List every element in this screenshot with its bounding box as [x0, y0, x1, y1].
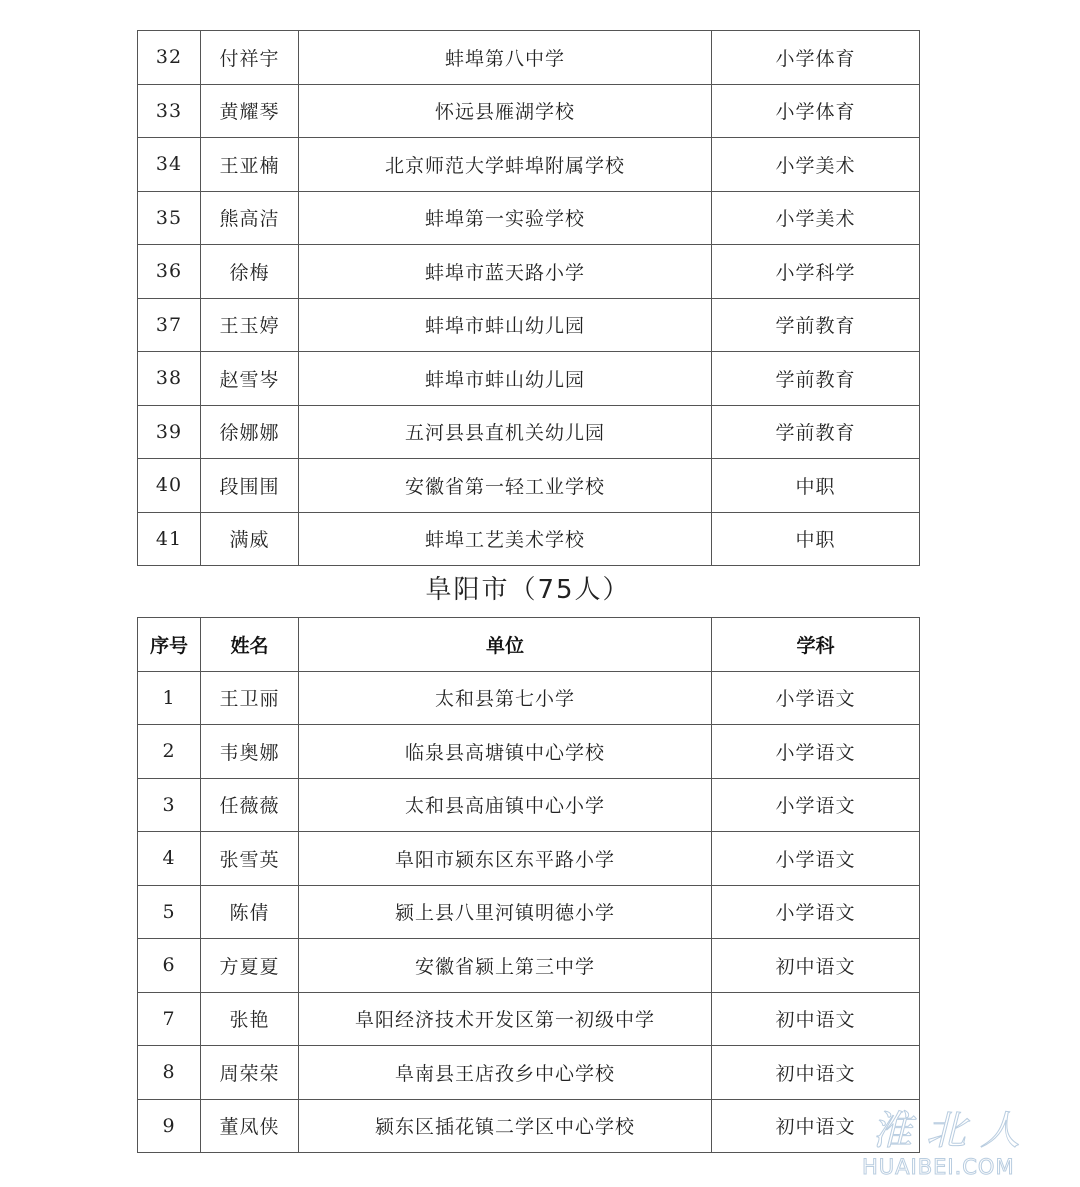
cell-name: 赵雪岑 — [201, 352, 299, 406]
cell-subject: 学前教育 — [712, 405, 920, 459]
cell-unit: 蚌埠第八中学 — [299, 31, 712, 85]
table-row: 8 周荣荣 阜南县王店孜乡中心学校 初中语文 — [138, 1046, 920, 1100]
table-row: 39 徐娜娜 五河县县直机关幼儿园 学前教育 — [138, 405, 920, 459]
cell-name: 段围围 — [201, 459, 299, 513]
cell-name: 徐梅 — [201, 245, 299, 299]
cell-subject: 小学语文 — [712, 885, 920, 939]
cell-no: 38 — [138, 352, 201, 406]
header-subject: 学科 — [712, 618, 920, 672]
cell-name: 张雪英 — [201, 832, 299, 886]
header-no: 序号 — [138, 618, 201, 672]
cell-subject: 小学语文 — [712, 832, 920, 886]
cell-no: 40 — [138, 459, 201, 513]
cell-name: 张艳 — [201, 992, 299, 1046]
cell-unit: 安徽省第一轻工业学校 — [299, 459, 712, 513]
cell-name: 方夏夏 — [201, 939, 299, 993]
cell-subject: 小学语文 — [712, 671, 920, 725]
table-row: 6 方夏夏 安徽省颍上第三中学 初中语文 — [138, 939, 920, 993]
table-row: 4 张雪英 阜阳市颍东区东平路小学 小学语文 — [138, 832, 920, 886]
cell-name: 董凤侠 — [201, 1099, 299, 1153]
cell-unit: 安徽省颍上第三中学 — [299, 939, 712, 993]
cell-subject: 初中语文 — [712, 1046, 920, 1100]
cell-no: 2 — [138, 725, 201, 779]
cell-name: 陈倩 — [201, 885, 299, 939]
table-row: 37 王玉婷 蚌埠市蚌山幼儿园 学前教育 — [138, 298, 920, 352]
cell-no: 5 — [138, 885, 201, 939]
roster-table-fuyang: 序号 姓名 单位 学科 1 王卫丽 太和县第七小学 小学语文 2 韦奥娜 临泉县… — [137, 617, 920, 1153]
table-row: 5 陈倩 颍上县八里河镇明德小学 小学语文 — [138, 885, 920, 939]
cell-no: 39 — [138, 405, 201, 459]
cell-name: 满威 — [201, 512, 299, 566]
cell-subject: 小学科学 — [712, 245, 920, 299]
header-unit: 单位 — [299, 618, 712, 672]
cell-name: 任薇薇 — [201, 778, 299, 832]
table-header-row: 序号 姓名 单位 学科 — [138, 618, 920, 672]
cell-no: 7 — [138, 992, 201, 1046]
cell-name: 黄耀琴 — [201, 84, 299, 138]
table-row: 3 任薇薇 太和县高庙镇中心小学 小学语文 — [138, 778, 920, 832]
cell-unit: 太和县高庙镇中心小学 — [299, 778, 712, 832]
cell-unit: 怀远县雁湖学校 — [299, 84, 712, 138]
cell-subject: 学前教育 — [712, 352, 920, 406]
cell-subject: 中职 — [712, 512, 920, 566]
cell-unit: 太和县第七小学 — [299, 671, 712, 725]
cell-no: 34 — [138, 138, 201, 192]
cell-name: 周荣荣 — [201, 1046, 299, 1100]
cell-unit: 临泉县高塘镇中心学校 — [299, 725, 712, 779]
cell-no: 6 — [138, 939, 201, 993]
cell-name: 王玉婷 — [201, 298, 299, 352]
table-row: 7 张艳 阜阳经济技术开发区第一初级中学 初中语文 — [138, 992, 920, 1046]
cell-no: 4 — [138, 832, 201, 886]
roster-table-continued: 32 付祥宇 蚌埠第八中学 小学体育 33 黄耀琴 怀远县雁湖学校 小学体育 3… — [137, 30, 920, 566]
table-row: 38 赵雪岑 蚌埠市蚌山幼儿园 学前教育 — [138, 352, 920, 406]
cell-no: 3 — [138, 778, 201, 832]
table-row: 40 段围围 安徽省第一轻工业学校 中职 — [138, 459, 920, 513]
table-row: 35 熊高洁 蚌埠第一实验学校 小学美术 — [138, 191, 920, 245]
cell-name: 韦奥娜 — [201, 725, 299, 779]
cell-no: 41 — [138, 512, 201, 566]
cell-unit: 北京师范大学蚌埠附属学校 — [299, 138, 712, 192]
cell-subject: 小学体育 — [712, 31, 920, 85]
cell-unit: 蚌埠市蓝天路小学 — [299, 245, 712, 299]
cell-unit: 阜阳经济技术开发区第一初级中学 — [299, 992, 712, 1046]
cell-unit: 阜南县王店孜乡中心学校 — [299, 1046, 712, 1100]
table-row: 9 董凤侠 颍东区插花镇二学区中心学校 初中语文 — [138, 1099, 920, 1153]
cell-no: 33 — [138, 84, 201, 138]
cell-subject: 小学语文 — [712, 725, 920, 779]
table-row: 33 黄耀琴 怀远县雁湖学校 小学体育 — [138, 84, 920, 138]
cell-unit: 阜阳市颍东区东平路小学 — [299, 832, 712, 886]
cell-no: 37 — [138, 298, 201, 352]
cell-subject: 小学美术 — [712, 138, 920, 192]
cell-name: 徐娜娜 — [201, 405, 299, 459]
table-row: 32 付祥宇 蚌埠第八中学 小学体育 — [138, 31, 920, 85]
cell-subject: 初中语文 — [712, 992, 920, 1046]
section-title: 阜阳市（75人） — [137, 568, 919, 612]
cell-name: 王亚楠 — [201, 138, 299, 192]
cell-subject: 初中语文 — [712, 939, 920, 993]
table-row: 1 王卫丽 太和县第七小学 小学语文 — [138, 671, 920, 725]
cell-name: 王卫丽 — [201, 671, 299, 725]
cell-unit: 五河县县直机关幼儿园 — [299, 405, 712, 459]
cell-name: 付祥宇 — [201, 31, 299, 85]
watermark-en-text: HUAIBEI.COM — [862, 1155, 1015, 1179]
table-row: 41 满威 蚌埠工艺美术学校 中职 — [138, 512, 920, 566]
cell-unit: 蚌埠市蚌山幼儿园 — [299, 352, 712, 406]
cell-subject: 中职 — [712, 459, 920, 513]
cell-no: 1 — [138, 671, 201, 725]
cell-unit: 颍上县八里河镇明德小学 — [299, 885, 712, 939]
cell-unit: 颍东区插花镇二学区中心学校 — [299, 1099, 712, 1153]
cell-no: 9 — [138, 1099, 201, 1153]
cell-subject: 初中语文 — [712, 1099, 920, 1153]
cell-unit: 蚌埠第一实验学校 — [299, 191, 712, 245]
table-row: 34 王亚楠 北京师范大学蚌埠附属学校 小学美术 — [138, 138, 920, 192]
table-row: 2 韦奥娜 临泉县高塘镇中心学校 小学语文 — [138, 725, 920, 779]
cell-unit: 蚌埠市蚌山幼儿园 — [299, 298, 712, 352]
table-row: 36 徐梅 蚌埠市蓝天路小学 小学科学 — [138, 245, 920, 299]
cell-name: 熊高洁 — [201, 191, 299, 245]
cell-no: 32 — [138, 31, 201, 85]
cell-no: 36 — [138, 245, 201, 299]
cell-subject: 小学体育 — [712, 84, 920, 138]
cell-no: 35 — [138, 191, 201, 245]
cell-no: 8 — [138, 1046, 201, 1100]
cell-subject: 小学美术 — [712, 191, 920, 245]
header-name: 姓名 — [201, 618, 299, 672]
cell-subject: 小学语文 — [712, 778, 920, 832]
cell-unit: 蚌埠工艺美术学校 — [299, 512, 712, 566]
cell-subject: 学前教育 — [712, 298, 920, 352]
